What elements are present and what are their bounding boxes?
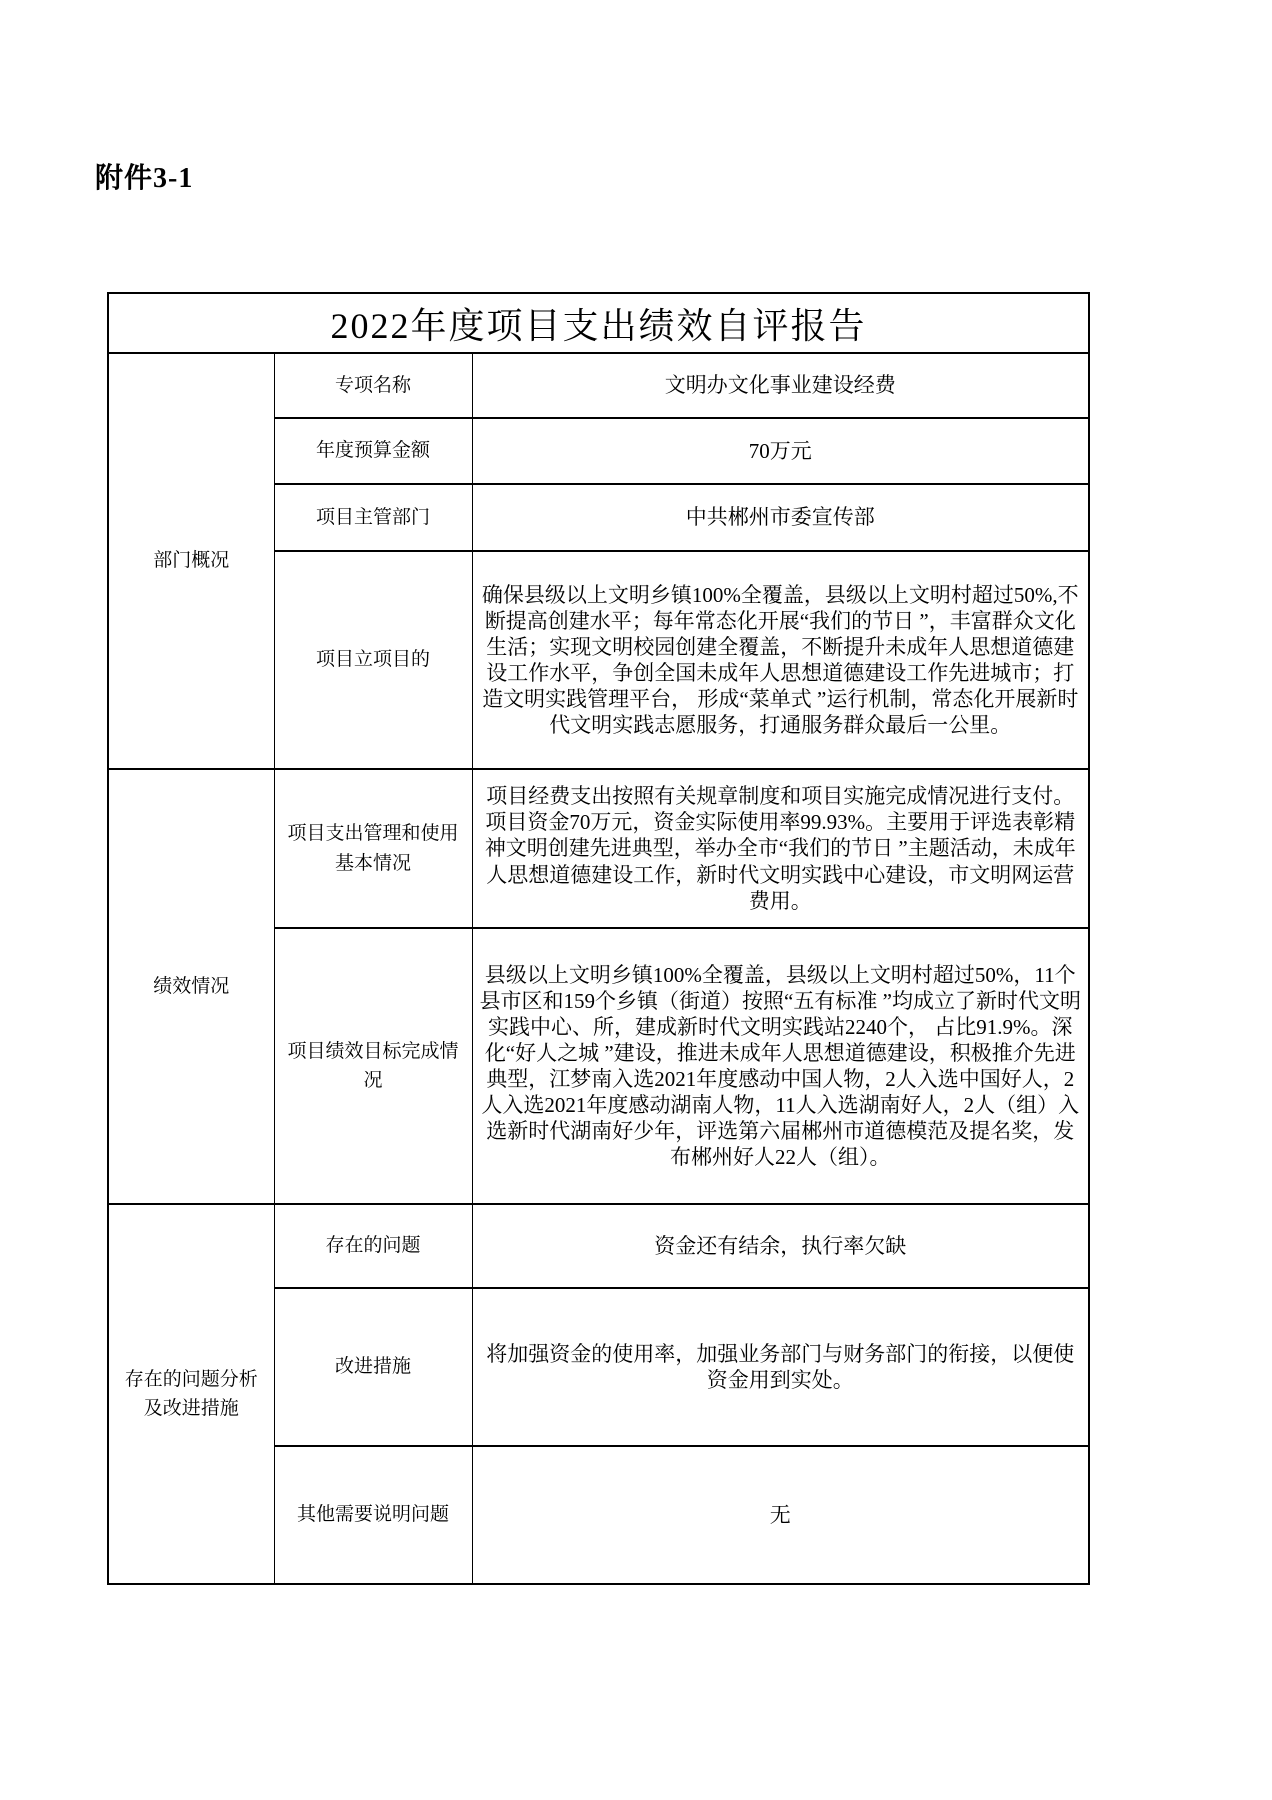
row-label-special-project-name: 专项名称 — [274, 353, 472, 418]
row-value-project-purpose: 确保县级以上文明乡镇100%全覆盖，县级以上文明村超过50%,不断提高创建水平；… — [472, 551, 1089, 769]
row-value-special-project-name: 文明办文化事业建设经费 — [472, 353, 1089, 418]
row-value-existing-problems: 资金还有结余，执行率欠缺 — [472, 1204, 1089, 1288]
row-label-supervising-department: 项目主管部门 — [274, 484, 472, 551]
row-label-project-purpose: 项目立项目的 — [274, 551, 472, 769]
row-value-performance-goal-completion: 县级以上文明乡镇100%全覆盖，县级以上文明村超过50%，11个县市区和159个… — [472, 928, 1089, 1204]
row-label-existing-problems: 存在的问题 — [274, 1204, 472, 1288]
row-label-improvement-measures: 改进措施 — [274, 1288, 472, 1446]
row-label-annual-budget: 年度预算金额 — [274, 418, 472, 484]
group-label-problems-and-improvements: 存在的问题分析及改进措施 — [108, 1204, 274, 1584]
report-title: 2022年度项目支出绩效自评报告 — [108, 293, 1089, 353]
row-value-supervising-department: 中共郴州市委宣传部 — [472, 484, 1089, 551]
attachment-label: 附件3-1 — [95, 156, 193, 196]
group-label-performance-status: 绩效情况 — [108, 769, 274, 1204]
self-evaluation-report-table: 2022年度项目支出绩效自评报告 部门概况 专项名称 文明办文化事业建设经费 年… — [107, 292, 1090, 1585]
row-value-other-notes: 无 — [472, 1446, 1089, 1584]
group-label-department-overview: 部门概况 — [108, 353, 274, 769]
row-label-expenditure-management: 项目支出管理和使用基本情况 — [274, 769, 472, 928]
row-label-performance-goal-completion: 项目绩效目标完成情况 — [274, 928, 472, 1204]
row-value-expenditure-management: 项目经费支出按照有关规章制度和项目实施完成情况进行支付。项目资金70万元，资金实… — [472, 769, 1089, 928]
row-value-improvement-measures: 将加强资金的使用率，加强业务部门与财务部门的衔接，以便使资金用到实处。 — [472, 1288, 1089, 1446]
row-label-other-notes: 其他需要说明问题 — [274, 1446, 472, 1584]
document-page: { "page": { "attachment_label": "附件3-1" … — [0, 0, 1272, 1800]
row-value-annual-budget: 70万元 — [472, 418, 1089, 484]
